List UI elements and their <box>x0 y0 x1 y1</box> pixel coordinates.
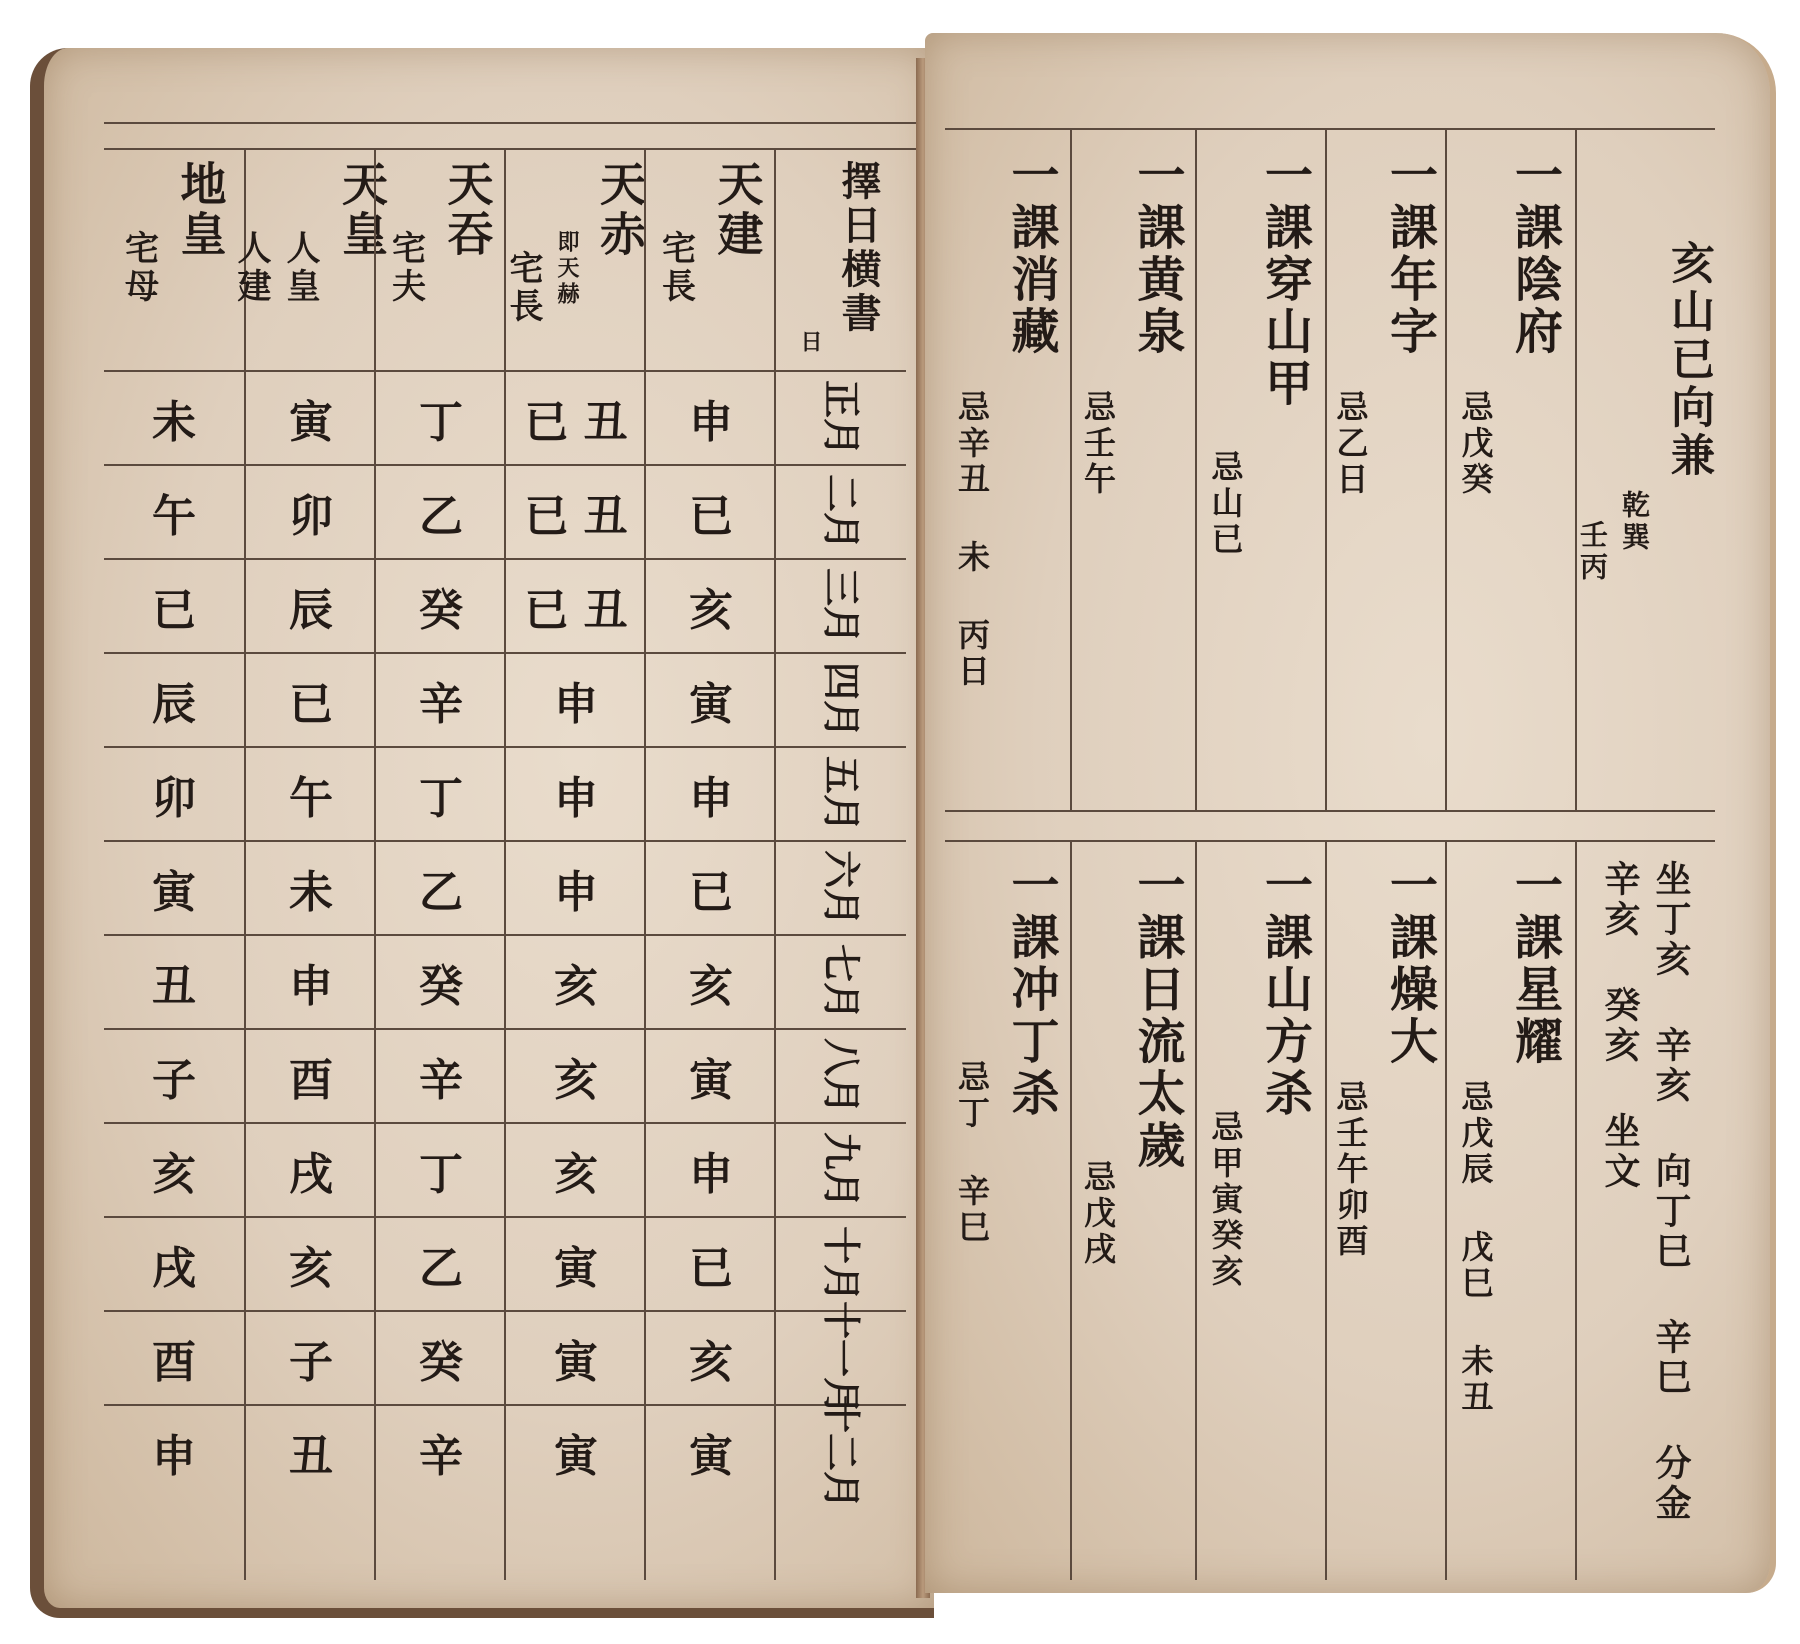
table-cell: 申 <box>646 1122 776 1216</box>
month-label: 二月 <box>776 464 906 558</box>
table-cell: 卯 <box>246 464 376 558</box>
title-sub: 壬丙 <box>1572 520 1612 810</box>
table-cell: 申 <box>646 746 776 840</box>
month-label: 十二月 <box>776 1404 906 1498</box>
table-cell: 酉 <box>246 1028 376 1122</box>
entry-label: 一課日流太歲 <box>1123 860 1192 1580</box>
month-label: 三月 <box>776 558 906 652</box>
entry-huangquan: 一課黄泉 忌壬午 <box>1070 130 1195 810</box>
entry-taboo: 忌甲寅癸亥 <box>1203 1110 1249 1580</box>
title-text: 亥山已向兼 <box>1656 240 1720 810</box>
table-cell: 申 <box>246 934 376 1028</box>
column-tianchi: 天赤 即天赫 宅長 已 丑 已 丑 已 丑 申 申 申 亥 亥 亥 寅 寅 寅 <box>504 150 646 1580</box>
table-cell: 子 <box>104 1028 244 1122</box>
date-selection-table: 地皇 宅母 未 午 已 辰 卯 寅 丑 子 亥 戌 酉 申 <box>104 148 924 1580</box>
table-cell: 亥 <box>104 1122 244 1216</box>
table-cell: 申 <box>506 652 646 746</box>
table-cell: 已 丑 <box>506 370 646 464</box>
table-cell: 未 <box>104 370 244 464</box>
table-cell: 亥 <box>246 1216 376 1310</box>
right-page: 一課消藏 忌辛丑 未 丙日 一課黄泉 忌壬午 一課穿山甲 忌山已 一課年字 <box>925 33 1776 1593</box>
title-note: 日 <box>795 330 826 370</box>
entry-label: 一課陰府 <box>1501 150 1570 810</box>
left-page: 地皇 宅母 未 午 已 辰 卯 寅 丑 子 亥 戌 酉 申 <box>30 48 934 1618</box>
table-cell: 亥 <box>646 558 776 652</box>
table-cell: 亥 <box>506 934 646 1028</box>
table-cell: 申 <box>506 746 646 840</box>
month-label: 五月 <box>776 746 906 840</box>
table-cell: 癸 <box>376 558 506 652</box>
entry-taboo: 忌戊辰 戊巳 未丑 <box>1453 1080 1499 1580</box>
entry-taboo: 忌乙日 <box>1328 390 1374 810</box>
entry-label: 一課燥大 <box>1376 860 1445 1580</box>
table-cell: 癸 <box>376 934 506 1028</box>
table-cell: 丑 <box>246 1404 376 1498</box>
month-label: 十月 <box>776 1216 906 1310</box>
table-cell: 申 <box>646 370 776 464</box>
top-rule <box>104 122 924 124</box>
header-label: 天建 <box>705 160 771 370</box>
entry-chuanshanjia: 一課穿山甲 忌山已 <box>1195 130 1325 810</box>
table-cell: 已 丑 <box>506 558 646 652</box>
table-cell: 戌 <box>246 1122 376 1216</box>
table-cell: 癸 <box>376 1310 506 1404</box>
month-label: 七月 <box>776 934 906 1028</box>
table-cell: 乙 <box>376 1216 506 1310</box>
entry-taboo: 忌戊癸 <box>1453 390 1499 810</box>
header-sublabel: 宅長 <box>652 230 701 370</box>
table-cell: 酉 <box>104 1310 244 1404</box>
table-cell: 寅 <box>246 370 376 464</box>
header-sublabel: 宅夫 <box>382 230 431 370</box>
entry-label: 一課山方杀 <box>1251 860 1320 1580</box>
table-cell: 辛 <box>376 1028 506 1122</box>
open-book: 地皇 宅母 未 午 已 辰 卯 寅 丑 子 亥 戌 酉 申 <box>30 18 1770 1628</box>
entry-label: 一課消藏 <box>997 150 1066 810</box>
table-cell: 丁 <box>376 1122 506 1216</box>
table-cell: 已 丑 <box>506 464 646 558</box>
entry-nianzi: 一課年字 忌乙日 <box>1325 130 1445 810</box>
column-dihuang: 地皇 宅母 未 午 已 辰 卯 寅 丑 子 亥 戌 酉 申 <box>104 150 244 1580</box>
taboo-table: 一課消藏 忌辛丑 未 丙日 一課黄泉 忌壬午 一課穿山甲 忌山已 一課年字 <box>945 128 1715 1580</box>
column-months: 擇日横書 日 正月 二月 三月 四月 五月 六月 七月 八月 九月 十月 十一月… <box>774 150 906 1580</box>
month-label: 十一月 <box>776 1310 906 1404</box>
table-cell: 申 <box>506 840 646 934</box>
entry-label: 一課年字 <box>1376 150 1445 810</box>
table-cell: 已 <box>646 464 776 558</box>
table-cell: 丑 <box>104 934 244 1028</box>
table-cell: 申 <box>104 1404 244 1498</box>
header-note: 即天赫 <box>552 230 583 370</box>
table-cell: 亥 <box>646 934 776 1028</box>
table-cell: 已 <box>246 652 376 746</box>
table-cell: 辛 <box>376 652 506 746</box>
entry-label: 一課冲丁杀 <box>997 860 1066 1580</box>
table-cell: 亥 <box>506 1028 646 1122</box>
entry-taboo: 忌山已 <box>1203 450 1249 810</box>
entry-taboo: 忌丁 辛巳 <box>949 1060 995 1580</box>
table-cell: 寅 <box>646 1028 776 1122</box>
table-cell: 寅 <box>506 1310 646 1404</box>
entry-taboo: 忌戊戌 <box>1075 1160 1121 1580</box>
entry-xingyao: 一課星耀 忌戊辰 戊巳 未丑 <box>1445 840 1575 1580</box>
table-cell: 乙 <box>376 464 506 558</box>
entry-taboo: 忌壬午 <box>1075 390 1121 810</box>
entry-label: 一課黄泉 <box>1123 150 1192 810</box>
table-cell: 辛 <box>376 1404 506 1498</box>
table-cell: 寅 <box>506 1404 646 1498</box>
column-header: 天吞 宅夫 <box>376 150 506 370</box>
header-label: 地皇 <box>168 160 234 370</box>
month-label: 九月 <box>776 1122 906 1216</box>
table-cell: 乙 <box>376 840 506 934</box>
column-header: 地皇 宅母 <box>104 150 244 370</box>
section-rule <box>945 810 1715 812</box>
column-header: 天皇 人皇 人建 <box>246 150 376 370</box>
table-cell: 辰 <box>104 652 244 746</box>
table-cell: 未 <box>246 840 376 934</box>
table-cell: 寅 <box>104 840 244 934</box>
month-label: 四月 <box>776 652 906 746</box>
table-cell: 寅 <box>506 1216 646 1310</box>
header-sublabel: 宅長 <box>499 250 548 370</box>
column-tianjian: 天建 宅長 申 已 亥 寅 申 已 亥 寅 申 已 亥 寅 <box>644 150 776 1580</box>
table-cell: 卯 <box>104 746 244 840</box>
table-cell: 寅 <box>646 652 776 746</box>
header-label: 天吞 <box>435 160 501 370</box>
entry-shanfangsha: 一課山方杀 忌甲寅癸亥 <box>1195 840 1325 1580</box>
table-cell: 已 <box>104 558 244 652</box>
table-title-header: 擇日横書 日 <box>776 150 906 370</box>
mountain-title: 亥山已向兼 乾巽 壬丙 <box>1575 130 1715 810</box>
table-cell: 寅 <box>646 1404 776 1498</box>
orientation-note: 坐丁亥 辛亥 向丁巳 辛巳 分金 辛亥 癸亥 坐文 <box>1575 840 1715 1580</box>
title-sub: 乾巽 <box>1614 490 1654 810</box>
table-cell: 亥 <box>506 1122 646 1216</box>
entry-riliutaisui: 一課日流太歲 忌戊戌 <box>1070 840 1195 1580</box>
month-label: 六月 <box>776 840 906 934</box>
table-cell: 午 <box>104 464 244 558</box>
table-cell: 午 <box>246 746 376 840</box>
month-label: 正月 <box>776 370 906 464</box>
entry-xiaozang: 一課消藏 忌辛丑 未 丙日 <box>945 130 1070 810</box>
header-sublabel: 人皇 人建 <box>227 230 325 370</box>
table-cell: 丁 <box>376 370 506 464</box>
orientation-text: 坐丁亥 辛亥 向丁巳 辛巳 分金 辛亥 癸亥 坐文 <box>1595 860 1697 1580</box>
table-cell: 丁 <box>376 746 506 840</box>
entry-yinfu: 一課陰府 忌戊癸 <box>1445 130 1575 810</box>
entry-taboo: 忌壬午卯酉 <box>1328 1080 1374 1580</box>
table-title: 擇日横書 <box>830 160 887 370</box>
month-label: 八月 <box>776 1028 906 1122</box>
table-cell: 戌 <box>104 1216 244 1310</box>
table-cell: 已 <box>646 1216 776 1310</box>
header-sublabel: 宅母 <box>115 230 164 370</box>
column-header: 天赤 即天赫 宅長 <box>506 150 646 370</box>
column-tianhuang: 天皇 人皇 人建 寅 卯 辰 已 午 未 申 酉 戌 亥 子 丑 <box>244 150 376 1580</box>
table-cell: 已 <box>646 840 776 934</box>
table-cell: 子 <box>246 1310 376 1404</box>
entry-taboo: 忌辛丑 未 丙日 <box>949 390 995 810</box>
column-header: 天建 宅長 <box>646 150 776 370</box>
entry-chongdingsha: 一課冲丁杀 忌丁 辛巳 <box>945 840 1070 1580</box>
entry-label: 一課穿山甲 <box>1251 150 1320 810</box>
table-cell: 亥 <box>646 1310 776 1404</box>
entry-zaoda: 一課燥大 忌壬午卯酉 <box>1325 840 1445 1580</box>
table-cell: 辰 <box>246 558 376 652</box>
entry-label: 一課星耀 <box>1501 860 1570 1580</box>
column-tiantun: 天吞 宅夫 丁 乙 癸 辛 丁 乙 癸 辛 丁 乙 癸 辛 <box>374 150 506 1580</box>
